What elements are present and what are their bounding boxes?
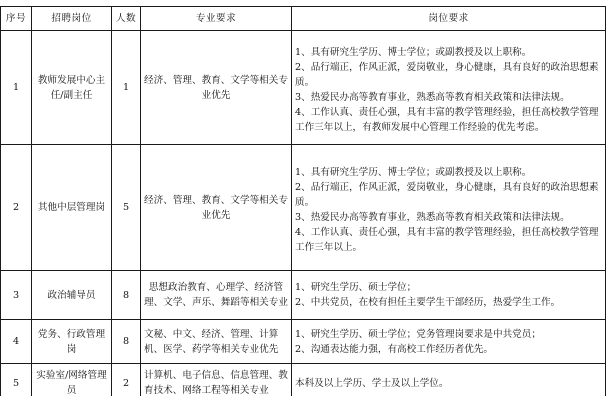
table-row: 1 教师发展中心主任/副主任 1 经济、管理、教育、文学等相关专业优先 1、具有… xyxy=(1,31,606,145)
requirement-line: 4、工作认真、责任心强，具有丰富的教学管理经验，担任高校教学管理工作三年以上，有… xyxy=(295,105,602,135)
header-count: 人数 xyxy=(112,7,141,31)
cell-major: 文秘、中文、经济、管理、计算机、医学、药学等相关专业优先 xyxy=(141,320,292,364)
cell-no: 5 xyxy=(1,364,32,396)
cell-position: 其他中层管理岗 xyxy=(32,145,112,271)
table-header-row: 序号 招聘岗位 人数 专业要求 岗位要求 xyxy=(1,7,606,31)
header-position: 招聘岗位 xyxy=(32,7,112,31)
cell-count: 8 xyxy=(112,271,141,320)
cell-position: 政治辅导员 xyxy=(32,271,112,320)
cell-count: 2 xyxy=(112,364,141,396)
requirement-line: 2、沟通表达能力强，有高校工作经历者优先。 xyxy=(295,342,602,357)
cell-position: 实验室/网络管理员 xyxy=(32,364,112,396)
cell-requirements: 1、研究生学历、硕士学位；党务管理岗要求是中共党员； 2、沟通表达能力强，有高校… xyxy=(292,320,606,364)
requirement-line: 2、中共党员，在校有担任主要学生干部经历，热爱学生工作。 xyxy=(295,295,602,310)
cell-major: 经济、管理、教育、文学等相关专业优先 xyxy=(141,31,292,145)
cell-no: 3 xyxy=(1,271,32,320)
requirement-line: 本科及以上学历、学士及以上学位。 xyxy=(295,376,602,391)
requirement-line: 3、热爱民办高等教育事业，熟悉高等教育相关政策和法律法规。 xyxy=(295,90,602,105)
requirement-line: 2、品行端正，作风正派，爱岗敬业，身心健康，具有良好的政治思想素质。 xyxy=(295,180,602,210)
cell-count: 1 xyxy=(112,31,141,145)
cell-position: 教师发展中心主任/副主任 xyxy=(32,31,112,145)
cell-requirements: 1、具有研究生学历、博士学位；或副教授及以上职称。 2、品行端正，作风正派，爱岗… xyxy=(292,31,606,145)
cell-requirements: 1、研究生学历、硕士学位； 2、中共党员，在校有担任主要学生干部经历，热爱学生工… xyxy=(292,271,606,320)
table-row: 5 实验室/网络管理员 2 计算机、电子信息、信息管理、教育技术、网络工程等相关… xyxy=(1,364,606,396)
requirement-line: 1、具有研究生学历、博士学位；或副教授及以上职称。 xyxy=(295,165,602,180)
requirement-line: 4、工作认真、责任心强，具有丰富的教学管理经验，担任高校教学管理工作三年以上。 xyxy=(295,225,602,255)
requirement-line: 2、品行端正，作风正派，爱岗敬业，身心健康，具有良好的政治思想素质。 xyxy=(295,60,602,90)
header-major: 专业要求 xyxy=(141,7,292,31)
cell-major: 经济、管理、教育、文学等相关专业优先 xyxy=(141,145,292,271)
cell-requirements: 1、具有研究生学历、博士学位；或副教授及以上职称。 2、品行端正，作风正派，爱岗… xyxy=(292,145,606,271)
table-row: 4 党务、行政管理岗 8 文秘、中文、经济、管理、计算机、医学、药学等相关专业优… xyxy=(1,320,606,364)
header-requirements: 岗位要求 xyxy=(292,7,606,31)
cell-major: 计算机、电子信息、信息管理、教育技术、网络工程等相关专业 xyxy=(141,364,292,396)
requirement-line: 3、热爱民办高等教育事业，熟悉高等教育相关政策和法律法规。 xyxy=(295,210,602,225)
cell-major: 思想政治教育、心理学、经济管理、文学、声乐、舞蹈等相关专业 xyxy=(141,271,292,320)
recruitment-table: 序号 招聘岗位 人数 专业要求 岗位要求 1 教师发展中心主任/副主任 1 经济… xyxy=(0,6,606,396)
cell-no: 2 xyxy=(1,145,32,271)
cell-no: 4 xyxy=(1,320,32,364)
cell-count: 8 xyxy=(112,320,141,364)
cell-requirements: 本科及以上学历、学士及以上学位。 xyxy=(292,364,606,396)
requirement-line: 1、研究生学历、硕士学位；党务管理岗要求是中共党员； xyxy=(295,327,602,342)
cell-position: 党务、行政管理岗 xyxy=(32,320,112,364)
table-row: 3 政治辅导员 8 思想政治教育、心理学、经济管理、文学、声乐、舞蹈等相关专业 … xyxy=(1,271,606,320)
cell-count: 5 xyxy=(112,145,141,271)
table-row: 2 其他中层管理岗 5 经济、管理、教育、文学等相关专业优先 1、具有研究生学历… xyxy=(1,145,606,271)
header-no: 序号 xyxy=(1,7,32,31)
requirement-line: 1、具有研究生学历、博士学位；或副教授及以上职称。 xyxy=(295,45,602,60)
cell-no: 1 xyxy=(1,31,32,145)
requirement-line: 1、研究生学历、硕士学位； xyxy=(295,280,602,295)
